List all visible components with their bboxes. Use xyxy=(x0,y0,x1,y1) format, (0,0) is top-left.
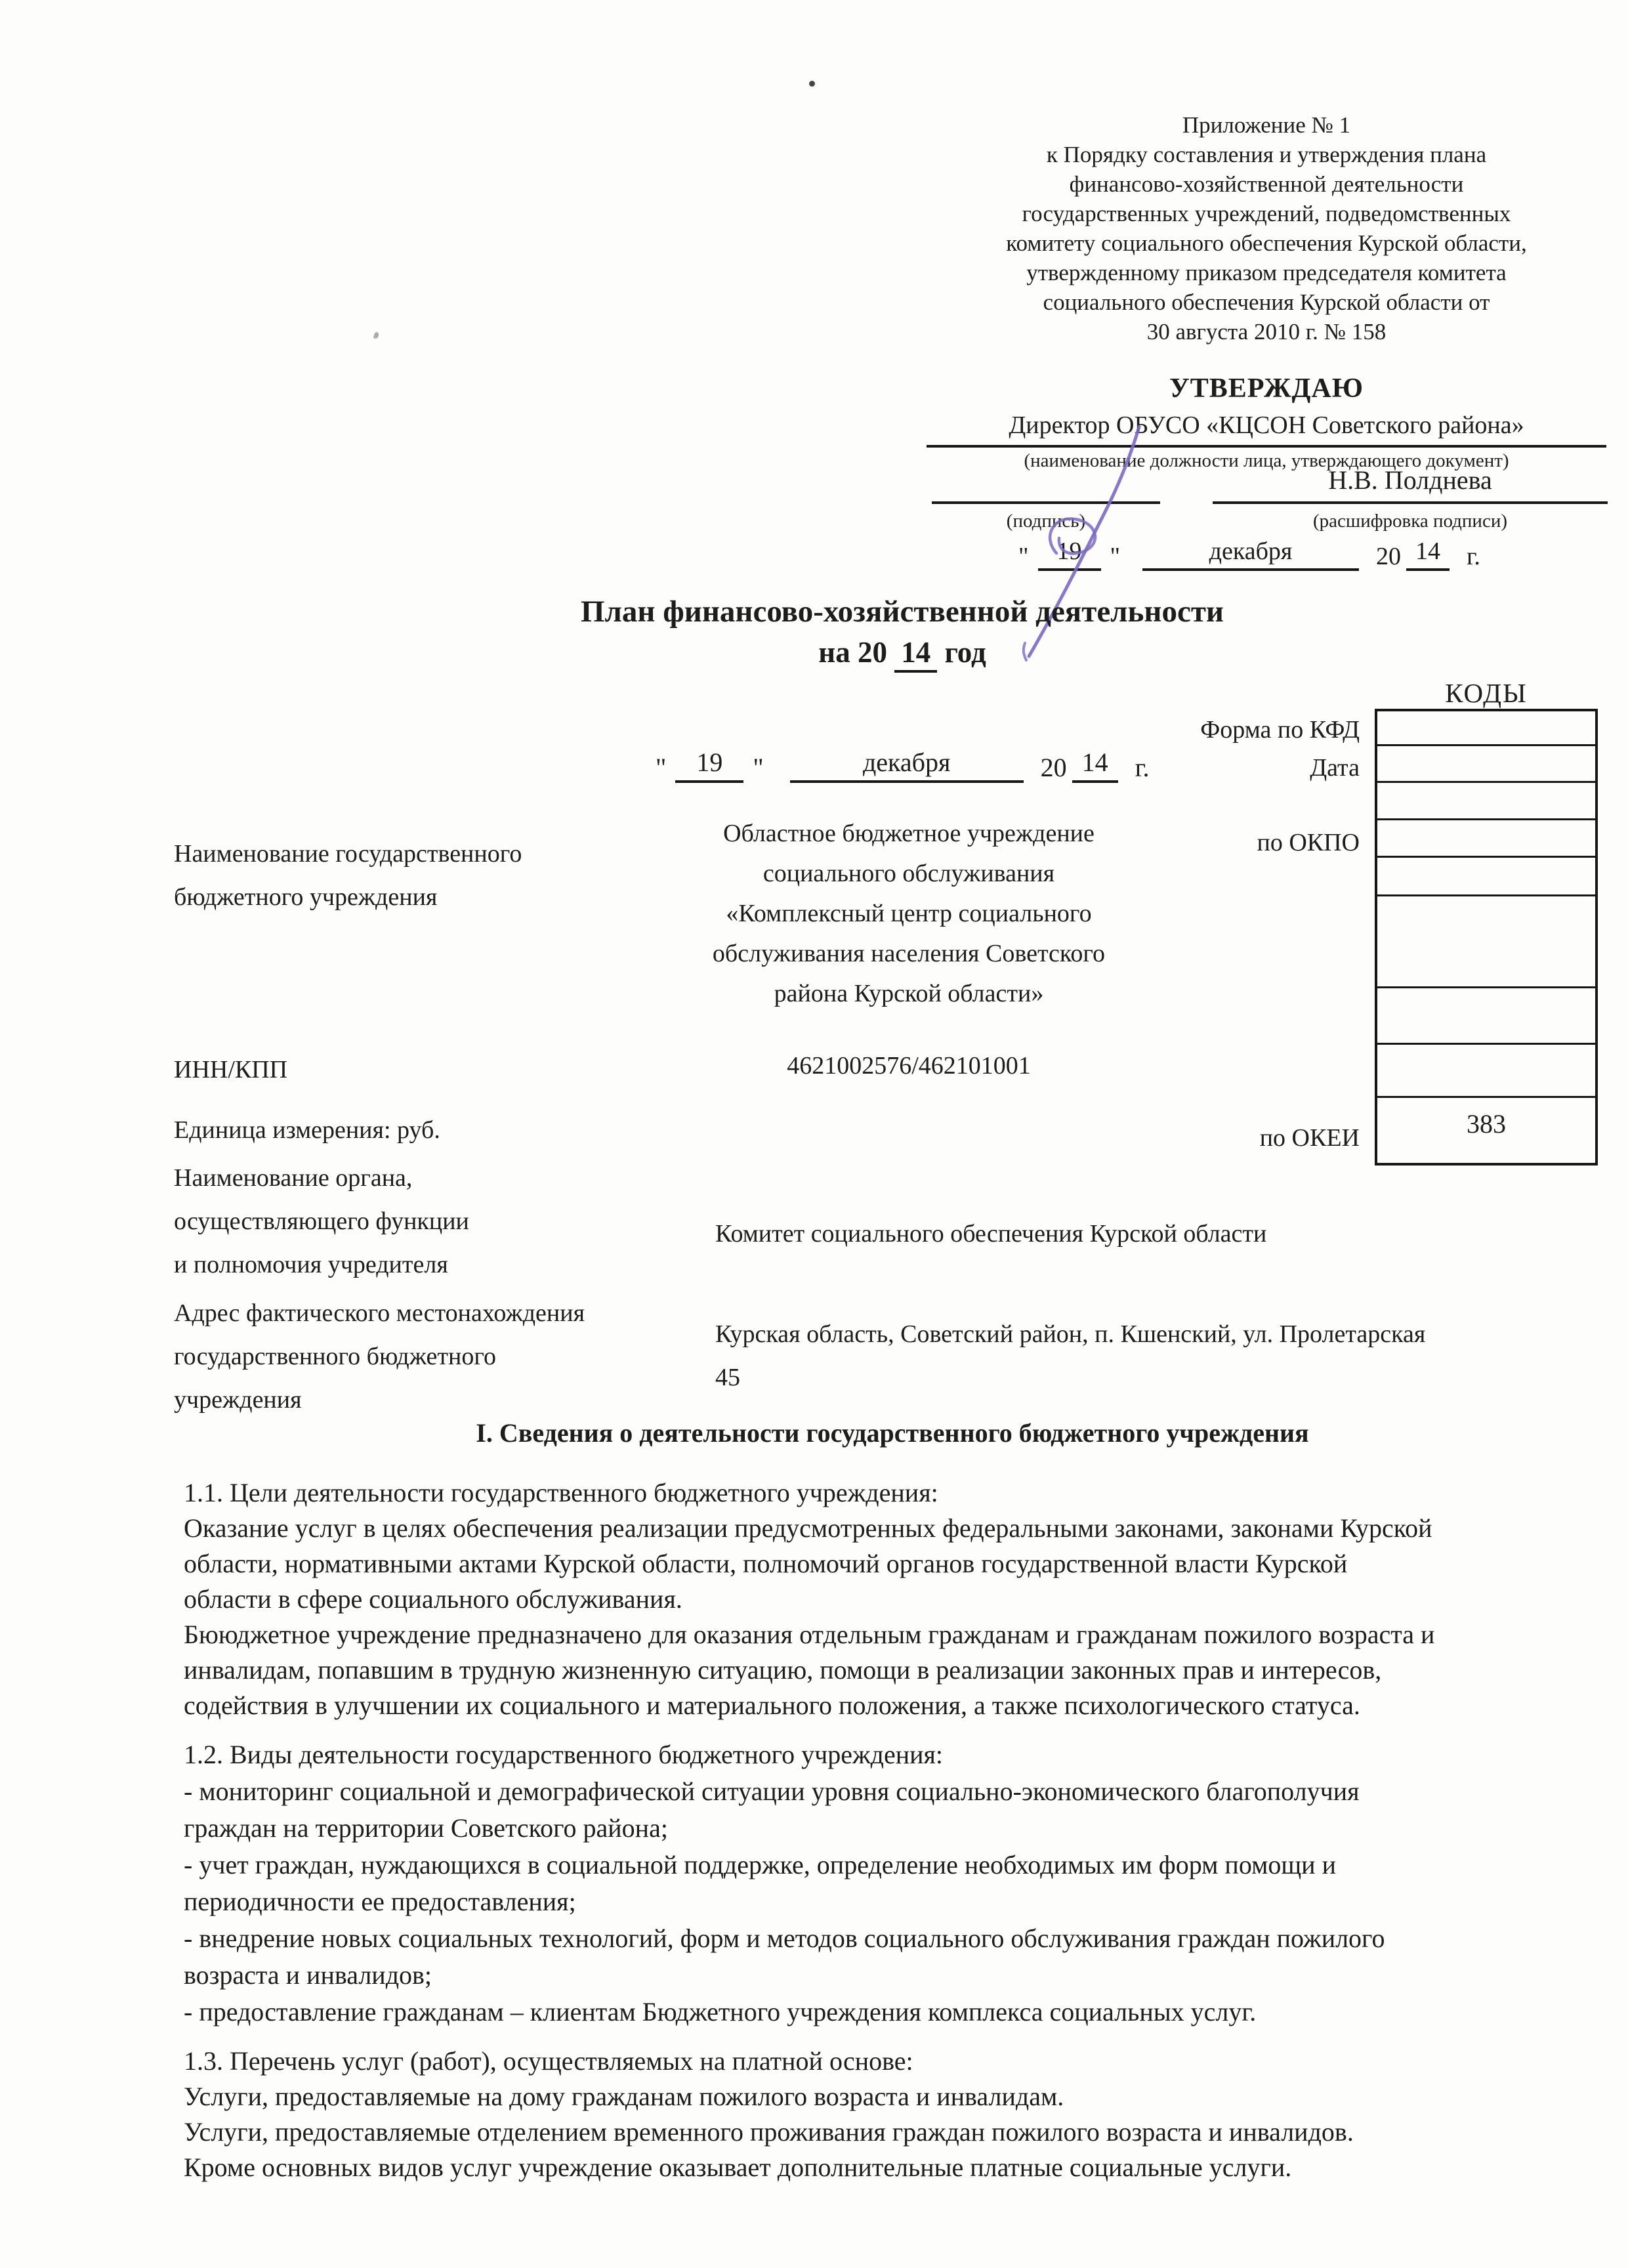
para-1-1-text-a: Оказание услуг в целях обеспечения реали… xyxy=(184,1511,1618,1617)
address-value: Курская область, Советский район, п. Кше… xyxy=(715,1312,1621,1399)
signature-caption: (подпись) xyxy=(932,511,1160,532)
open-quote: " xyxy=(1018,542,1029,571)
address-label: Адрес фактического местонахождения госуд… xyxy=(174,1291,673,1421)
okei-value: 383 xyxy=(1377,1098,1595,1139)
para-1-2-text: - мониторинг социальной и демографическо… xyxy=(184,1773,1618,2030)
approval-date-year: 14 xyxy=(1406,537,1450,571)
code-cell-okei: 383 xyxy=(1377,1098,1595,1163)
approver-name: Н.В. Полднева xyxy=(1328,465,1492,495)
code-cell-empty-5 xyxy=(1377,1045,1595,1098)
code-cell-empty-2 xyxy=(1377,858,1595,896)
section1-heading: I. Сведения о деятельности государственн… xyxy=(184,1417,1601,1448)
para-1-1-text-b: Бююджетное учреждение предназначено для … xyxy=(184,1617,1618,1723)
label-okei: по ОКЕИ xyxy=(984,1123,1360,1152)
scan-mark-artifact xyxy=(373,331,379,339)
inn-value: 4621002576/462101001 xyxy=(646,1051,1171,1080)
code-cell-empty-4 xyxy=(1377,988,1595,1045)
code-cell-okpo xyxy=(1377,820,1595,858)
institution-name: Областное бюджетное учреждение социально… xyxy=(646,814,1171,1014)
approval-date-century: 20 xyxy=(1376,542,1401,571)
subtitle-prefix: на 20 xyxy=(818,636,887,669)
body-date-line: " 19 " декабря 20 14 г. xyxy=(646,747,1150,783)
body-date-month: декабря xyxy=(790,747,1024,783)
signature-underline xyxy=(932,465,1160,504)
codes-table: 383 xyxy=(1375,709,1598,1165)
approval-title: УТВЕРЖДАЮ xyxy=(927,373,1606,404)
label-form-kfd: Форма по КФД xyxy=(984,715,1360,744)
unit-label: Единица измерения: руб. xyxy=(174,1116,440,1144)
code-cell-empty-3 xyxy=(1377,896,1595,988)
codes-header: КОДЫ xyxy=(1375,677,1598,709)
para-1-3-heading: 1.3. Перечень услуг (работ), осуществляе… xyxy=(184,2044,1618,2079)
institution-label: Наименование государственного бюджетного… xyxy=(174,832,633,919)
section1-body: 1.1. Цели деятельности государственного … xyxy=(184,1475,1618,2185)
para-1-2-heading: 1.2. Виды деятельности государственного … xyxy=(184,1736,1618,1773)
document-page: Приложение № 1 к Порядку составления и у… xyxy=(0,0,1628,2268)
approval-position-line: Директор ОБУСО «КЦСОН Советского района» xyxy=(927,411,1606,448)
subtitle-year: 14 xyxy=(894,636,937,673)
para-1-1-heading: 1.1. Цели деятельности государственного … xyxy=(184,1475,1618,1511)
inn-label: ИНН/КПП xyxy=(174,1055,287,1084)
founder-value: Комитет социального обеспечения Курской … xyxy=(715,1219,1595,1248)
body-date-century: 20 xyxy=(1041,752,1067,783)
approval-date-month: декабря xyxy=(1142,537,1359,571)
body-date-year: 14 xyxy=(1072,747,1118,783)
founder-label: Наименование органа, осуществляющего фун… xyxy=(174,1156,633,1286)
body-date-day: 19 xyxy=(675,747,743,783)
code-cell-form-kfd xyxy=(1377,711,1595,746)
scan-dot-artifact xyxy=(809,81,815,87)
approver-name-underline: Н.В. Полднева xyxy=(1213,465,1608,504)
name-caption: (расшифровка подписи) xyxy=(1213,511,1608,532)
approval-date-line: " 19 " декабря 20 14 г. xyxy=(1009,537,1480,571)
document-title: План финансово-хозяйственной деятельност… xyxy=(197,594,1608,629)
close-quote: " xyxy=(753,752,763,783)
approval-date-year-word: г. xyxy=(1467,542,1480,571)
body-date-year-word: г. xyxy=(1135,752,1150,783)
open-quote: " xyxy=(656,752,666,783)
document-subtitle: на 20 14 год xyxy=(197,635,1608,669)
subtitle-suffix: год xyxy=(944,636,986,669)
approval-date-day: 19 xyxy=(1038,537,1101,571)
close-quote: " xyxy=(1110,542,1121,571)
para-1-3-text: Услуги, предоставляемые на дому граждана… xyxy=(184,2079,1618,2185)
appendix-note: Приложение № 1 к Порядку составления и у… xyxy=(919,110,1614,346)
code-cell-date xyxy=(1377,746,1595,783)
code-cell-empty-1 xyxy=(1377,783,1595,820)
